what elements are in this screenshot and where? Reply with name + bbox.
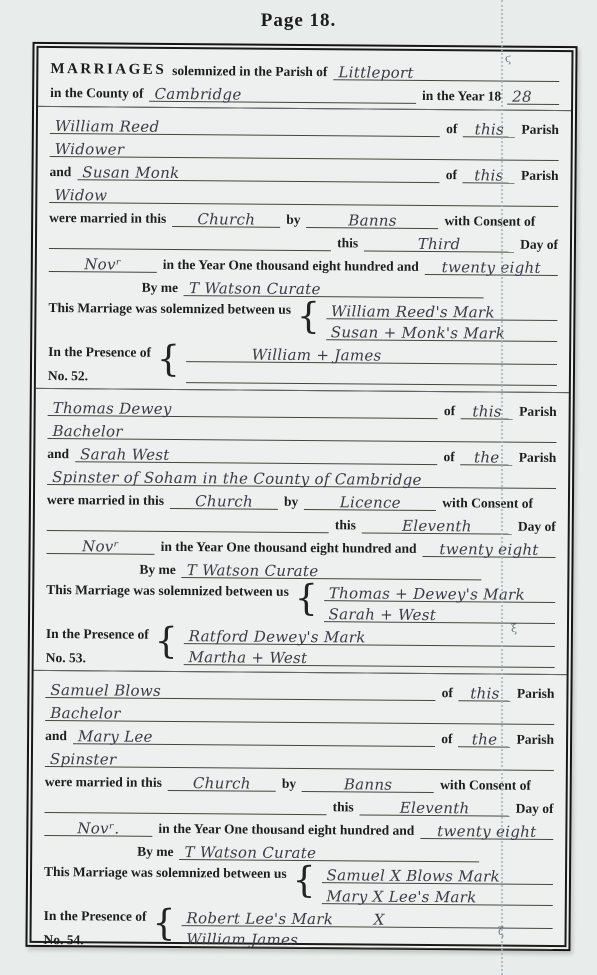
month-line: Novʳ xyxy=(47,535,155,555)
form-border: MARRIAGES solemnized in the Parish of Li… xyxy=(29,46,573,947)
officiant-line: T Watson Curate xyxy=(182,559,482,580)
bride-condition-row: Spinster of Soham in the County of Cambr… xyxy=(35,463,568,489)
year-line: 28 xyxy=(507,86,559,105)
day-of-label: Day of xyxy=(518,519,556,535)
solemnized-row: This Marriage was solemnized between us … xyxy=(34,578,567,626)
witness-signatures: William + James xyxy=(186,341,558,386)
married-in-line: Church xyxy=(170,490,278,510)
solemnized-label: This Marriage was solemnized between us xyxy=(48,300,291,318)
parish-label: Parish xyxy=(519,450,557,466)
groom-parish-word: this xyxy=(470,684,500,702)
groom-signature: William Reed's Mark xyxy=(331,302,495,321)
year-words: twenty eight xyxy=(439,540,538,559)
witness1-line: William + James xyxy=(186,341,557,365)
groom-condition-line: Bachelor xyxy=(45,702,554,725)
groom-signature-line: Thomas + Dewey's Mark xyxy=(324,580,556,603)
year-words-line: twenty eight xyxy=(425,256,558,276)
of-label: of xyxy=(444,403,455,419)
and-label: and xyxy=(47,446,69,462)
married-in: Church xyxy=(195,492,253,510)
day-line: Eleventh xyxy=(362,514,512,534)
groom-signature: Samuel X Blows Mark xyxy=(326,866,500,885)
bride-condition-row: Spinster xyxy=(33,745,566,771)
groom-row: Samuel Blows of this Parish xyxy=(33,676,566,702)
bride-name-line: Susan Monk xyxy=(77,161,440,183)
bride-parish-line: this xyxy=(463,164,515,183)
bride-parish-word: the xyxy=(472,730,498,748)
bride-condition-line: Spinster of Soham in the County of Cambr… xyxy=(47,466,556,489)
solemnized-row: This Marriage was solemnized between us … xyxy=(32,860,565,908)
bride-condition-row: Widow xyxy=(37,181,570,207)
groom-condition-line: Widower xyxy=(50,138,559,161)
month-line: Novʳ xyxy=(49,253,157,273)
bride-signature-line: Mary X Lee's Mark xyxy=(321,883,553,906)
groom-signature-line: William Reed's Mark xyxy=(326,298,558,321)
marriage-register-form: MARRIAGES solemnized in the Parish of Li… xyxy=(25,42,577,951)
by-me-label: By me xyxy=(139,562,175,578)
marriages-heading: MARRIAGES xyxy=(50,61,166,79)
groom-signature: Thomas + Dewey's Mark xyxy=(329,584,525,604)
month-value: Novʳ xyxy=(82,537,119,555)
married-in: Church xyxy=(197,210,255,228)
bride-parish-line: the xyxy=(461,446,513,465)
year-words-line: twenty eight xyxy=(422,538,555,558)
officiant-row: By me T Watson Curate xyxy=(37,273,570,299)
record-number: No. 52. xyxy=(48,368,88,384)
bride-signature: Sarah + West xyxy=(329,605,437,624)
officiant-signature: T Watson Curate xyxy=(187,561,319,580)
day-value: Eleventh xyxy=(402,517,472,536)
presence-row: In the Presence of No. 52. { William + J… xyxy=(36,340,569,388)
day-of-label: Day of xyxy=(516,801,554,817)
bride-signature: Mary X Lee's Mark xyxy=(326,887,476,906)
record-number: No. 54. xyxy=(43,932,83,948)
by-method: Banns xyxy=(348,211,397,229)
marriage-record-53: Thomas Dewey of this Parish Bachelor and… xyxy=(34,394,569,670)
officiant-row: By me T Watson Curate xyxy=(34,555,567,581)
year-row: Novʳ in the Year One thousand eight hund… xyxy=(35,532,568,558)
married-in-line: Church xyxy=(168,772,276,792)
bride-condition-line: Widow xyxy=(49,184,558,207)
solemnized-label: This Marriage was solemnized between us xyxy=(44,864,287,882)
day-row: this Eleventh Day of xyxy=(35,509,568,535)
officiant-signature: T Watson Curate xyxy=(189,279,321,298)
presence-label-column: In the Presence of No. 52. xyxy=(48,340,151,385)
bride-parish-line: the xyxy=(459,728,511,747)
couple-signatures: Samuel X Blows Mark Mary X Lee's Mark xyxy=(321,862,553,906)
groom-row: Thomas Dewey of this Parish xyxy=(36,394,569,420)
witness2-signature: Martha + West xyxy=(188,648,307,667)
officiant-row: By me T Watson Curate xyxy=(32,837,565,863)
left-brace: { xyxy=(292,860,315,902)
bride-row: and Sarah West of the Parish xyxy=(35,440,568,466)
solemnized-label: This Marriage was solemnized between us xyxy=(46,582,289,600)
year-row: Novʳ in the Year One thousand eight hund… xyxy=(37,250,570,276)
officiant-line: T Watson Curate xyxy=(180,841,480,862)
bride-parish-word: this xyxy=(474,166,504,184)
witness1-signature: Robert Lee's Mark X xyxy=(186,909,384,929)
married-row: were married in this Church by Licence w… xyxy=(35,486,568,512)
county-label: in the County of xyxy=(50,85,144,102)
year-words-label: in the Year One thousand eight hundred a… xyxy=(158,821,414,839)
ink-mark: ζ xyxy=(498,925,504,938)
bride-condition: Widow xyxy=(54,186,107,204)
married-in-label: were married in this xyxy=(49,210,166,227)
header-line-2: in the County of Cambridge in the Year 1… xyxy=(38,79,571,105)
record-divider xyxy=(34,670,567,675)
by-label: by xyxy=(282,776,296,792)
presence-row: In the Presence of No. 53. { Ratford Dew… xyxy=(34,622,567,670)
consent-label: with Consent of xyxy=(442,495,533,512)
this-label: this xyxy=(337,235,358,251)
consent-label: with Consent of xyxy=(440,777,531,794)
day-line: Third xyxy=(364,232,514,252)
groom-name-line: Thomas Dewey xyxy=(48,397,438,419)
presence-label: In the Presence of xyxy=(44,908,147,925)
groom-condition: Bachelor xyxy=(50,704,120,723)
groom-parish-word: this xyxy=(472,402,502,420)
by-me-label: By me xyxy=(142,280,178,296)
of-label: of xyxy=(446,121,457,137)
by-label: by xyxy=(284,494,298,510)
parish-label: Parish xyxy=(521,122,559,138)
parish-label: Parish xyxy=(519,404,557,420)
section-divider xyxy=(38,106,571,111)
by-me-label: By me xyxy=(137,844,173,860)
parish-label: Parish xyxy=(517,686,555,702)
marriage-record-54: Samuel Blows of this Parish Bachelor and… xyxy=(31,676,566,952)
bride-name: Mary Lee xyxy=(78,727,153,746)
witness1-line: Ratford Dewey's Mark xyxy=(184,623,555,647)
groom-parish-line: this xyxy=(459,682,511,701)
groom-parish-line: this xyxy=(461,400,513,419)
married-in-line: Church xyxy=(172,208,280,228)
year-words-line: twenty eight xyxy=(420,820,553,840)
groom-name-line: William Reed xyxy=(50,115,440,137)
bride-name: Susan Monk xyxy=(82,163,179,182)
left-brace: { xyxy=(157,339,180,381)
page-title: Page 18. xyxy=(0,10,597,32)
county-name: Cambridge xyxy=(154,85,241,104)
year-row: Novʳ. in the Year One thousand eight hun… xyxy=(32,814,565,840)
presence-label: In the Presence of xyxy=(48,344,151,361)
groom-condition-row: Bachelor xyxy=(35,417,568,443)
left-brace: { xyxy=(297,296,320,338)
year-words: twenty eight xyxy=(437,822,536,841)
parish-name: Littleport xyxy=(338,63,413,82)
witness1-signature: Ratford Dewey's Mark xyxy=(189,627,366,646)
and-label: and xyxy=(45,728,67,744)
record-divider xyxy=(36,388,569,393)
married-in-label: were married in this xyxy=(45,774,162,791)
year-label: in the Year 18 xyxy=(422,88,501,105)
witness-signatures: Ratford Dewey's Mark Martha + West xyxy=(183,623,555,668)
witness1-signature: William + James xyxy=(191,345,382,364)
bride-name-line: Mary Lee xyxy=(73,725,436,747)
solemnized-row: This Marriage was solemnized between us … xyxy=(36,296,569,344)
marriage-record-52: William Reed of this Parish Widower and … xyxy=(36,112,571,388)
bride-signature-line: Susan + Monk's Mark xyxy=(326,319,558,342)
of-label: of xyxy=(443,449,454,465)
married-in-label: were married in this xyxy=(47,492,164,509)
year-words-label: in the Year One thousand eight hundred a… xyxy=(161,539,417,557)
couple-signatures: Thomas + Dewey's Mark Sarah + West xyxy=(324,580,556,624)
groom-parish-word: this xyxy=(475,120,505,138)
consent-line xyxy=(47,513,329,533)
witness2-line xyxy=(186,362,557,386)
bride-signature-line: Sarah + West xyxy=(324,601,556,624)
presence-label: In the Presence of xyxy=(46,626,149,643)
groom-name-line: Samuel Blows xyxy=(45,679,435,701)
month-value: Novʳ xyxy=(84,255,121,273)
witness2-line: William James xyxy=(181,926,552,950)
consent-label: with Consent of xyxy=(444,213,535,230)
day-row: this Third Day of xyxy=(37,227,570,253)
presence-label-column: In the Presence of No. 54. xyxy=(43,904,146,949)
left-brace: { xyxy=(155,621,178,663)
by-method-line: Banns xyxy=(302,773,434,793)
of-label: of xyxy=(441,731,452,747)
ink-mark: ξ xyxy=(511,622,517,635)
of-label: of xyxy=(442,685,453,701)
year-words: twenty eight xyxy=(442,258,541,277)
left-brace: { xyxy=(295,578,318,620)
by-method: Banns xyxy=(344,775,393,793)
day-value: Eleventh xyxy=(400,799,470,818)
bride-condition: Spinster xyxy=(50,750,117,769)
witness2-signature: William James xyxy=(186,930,298,949)
parish-name-line: Littleport xyxy=(333,61,559,82)
bride-signature: Susan + Monk's Mark xyxy=(331,323,505,342)
officiant-signature: T Watson Curate xyxy=(185,843,317,862)
solemnized-in-label: solemnized in the Parish of xyxy=(172,63,327,80)
parish-label: Parish xyxy=(521,168,559,184)
consent-line xyxy=(45,795,327,815)
by-method-line: Licence xyxy=(304,491,436,511)
county-name-line: Cambridge xyxy=(149,83,416,104)
day-row: this Eleventh Day of xyxy=(33,791,566,817)
groom-signature-line: Samuel X Blows Mark xyxy=(321,862,553,885)
by-method: Licence xyxy=(340,493,401,511)
married-row: were married in this Church by Banns wit… xyxy=(33,768,566,794)
day-line: Eleventh xyxy=(360,796,510,816)
bride-parish-word: the xyxy=(474,448,500,466)
bride-condition-line: Spinster xyxy=(45,748,554,771)
this-label: this xyxy=(335,517,356,533)
groom-name: Thomas Dewey xyxy=(53,399,172,418)
married-in: Church xyxy=(193,774,251,792)
groom-condition: Widower xyxy=(55,140,125,159)
ink-mark: ϛ xyxy=(505,52,511,65)
left-brace: { xyxy=(152,903,175,945)
groom-row: William Reed of this Parish xyxy=(38,112,571,138)
bride-row: and Susan Monk of this Parish xyxy=(37,158,570,184)
officiant-line: T Watson Curate xyxy=(184,277,484,298)
groom-condition-row: Bachelor xyxy=(33,699,566,725)
couple-signatures: William Reed's Mark Susan + Monk's Mark xyxy=(326,298,558,342)
bride-name: Sarah West xyxy=(80,445,170,464)
day-value: Third xyxy=(418,235,461,253)
day-of-label: Day of xyxy=(520,237,558,253)
consent-line xyxy=(49,231,331,251)
header-line-1: MARRIAGES solemnized in the Parish of Li… xyxy=(38,52,571,82)
this-label: this xyxy=(333,799,354,815)
groom-name: William Reed xyxy=(55,117,160,136)
record-number: No. 53. xyxy=(46,650,86,666)
bride-row: and Mary Lee of the Parish xyxy=(33,722,566,748)
year-words-label: in the Year One thousand eight hundred a… xyxy=(163,257,419,275)
groom-condition: Bachelor xyxy=(52,422,122,441)
month-value: Novʳ. xyxy=(77,819,119,837)
month-line: Novʳ. xyxy=(44,817,152,837)
year-value: 28 xyxy=(512,88,532,106)
groom-name: Samuel Blows xyxy=(50,681,161,700)
bride-name-line: Sarah West xyxy=(75,443,438,465)
and-label: and xyxy=(49,164,71,180)
parish-label: Parish xyxy=(517,732,555,748)
groom-parish-line: this xyxy=(463,118,515,137)
groom-condition-row: Widower xyxy=(38,135,571,161)
bride-condition: Spinster of Soham in the County of Cambr… xyxy=(52,468,422,489)
married-row: were married in this Church by Banns wit… xyxy=(37,204,570,230)
witness2-line: Martha + West xyxy=(183,644,554,668)
presence-label-column: In the Presence of No. 53. xyxy=(46,622,149,667)
presence-row: In the Presence of No. 54. { Robert Lee'… xyxy=(31,904,564,952)
by-label: by xyxy=(286,212,300,228)
groom-condition-line: Bachelor xyxy=(47,420,556,443)
of-label: of xyxy=(446,167,457,183)
by-method-line: Banns xyxy=(306,209,438,229)
